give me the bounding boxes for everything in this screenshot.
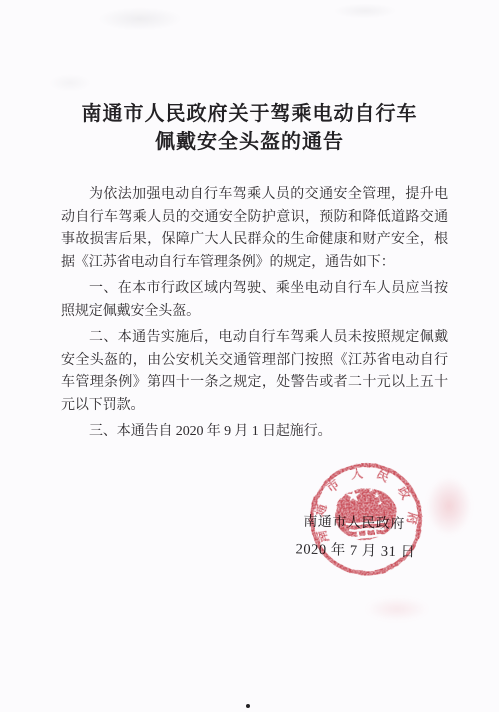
emblem-small-star-icon <box>373 492 379 498</box>
seal-ink-smudge <box>418 465 480 547</box>
scanned-notice-page: 南通市人民政府关于驾乘电动自行车 佩戴安全头盔的通告 为依法加强电动自行车驾乘人… <box>0 0 499 712</box>
notice-title: 南通市人民政府关于驾乘电动自行车 佩戴安全头盔的通告 <box>30 100 469 156</box>
emblem-small-star-icon <box>377 500 383 506</box>
notice-title-line-1: 南通市人民政府关于驾乘电动自行车 <box>30 100 469 128</box>
emblem-small-star-icon <box>361 484 367 490</box>
notice-title-line-2: 佩戴安全头盔的通告 <box>30 128 469 156</box>
page-speck <box>246 704 250 708</box>
notice-paragraph-item-3: 三、本通告自 2020 年 9 月 1 日起施行。 <box>61 421 448 444</box>
scan-smudge <box>80 2 200 36</box>
signature-date: 2020 年 7 月 31 日 <box>295 539 415 562</box>
notice-body: 为依法加强电动自行车驾乘人员的交通安全管理，提升电动自行车驾乘人员的交通安全防护… <box>61 184 448 444</box>
emblem-small-star-icon <box>368 486 374 492</box>
scan-smudge <box>320 0 410 22</box>
notice-paragraph-item-2: 二、本通告实施后，电动自行车驾乘人员未按照规定佩戴安全头盔的，由公安机关交通管理… <box>61 327 448 417</box>
signature-block: 南通市人民政府 2020 年 7 月 31 日 <box>295 512 416 562</box>
scan-smudge <box>40 70 100 96</box>
notice-paragraph-item-1: 一、在本市行政区域内驾驶、乘坐电动自行车人员应当按照规定佩戴安全头盔。 <box>61 278 448 323</box>
notice-paragraph-intro: 为依法加强电动自行车驾乘人员的交通安全管理，提升电动自行车驾乘人员的交通安全防护… <box>61 184 448 274</box>
seal-ink-smudge <box>352 592 442 626</box>
emblem-large-star-icon <box>346 488 361 503</box>
signature-issuer: 南通市人民政府 <box>296 512 416 535</box>
